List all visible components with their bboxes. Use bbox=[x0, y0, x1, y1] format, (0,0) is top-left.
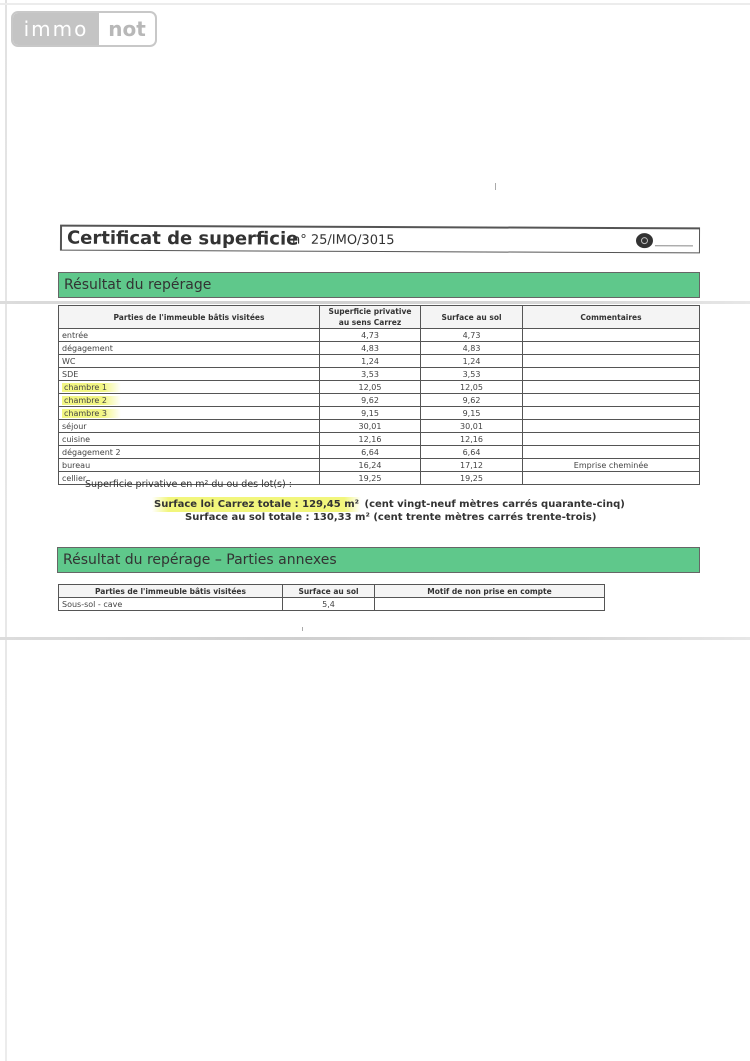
sol-value: 19,25 bbox=[421, 472, 523, 485]
sol-value: 9,15 bbox=[421, 407, 523, 420]
table-row: chambre 112,0512,05 bbox=[59, 381, 700, 394]
highlight-mark: chambre 1 bbox=[62, 383, 121, 392]
annex-motif bbox=[375, 598, 605, 611]
table-row: chambre 39,159,15 bbox=[59, 407, 700, 420]
sol-value: 1,24 bbox=[421, 355, 523, 368]
room-name: chambre 3 bbox=[59, 407, 320, 420]
carrez-value: 16,24 bbox=[320, 459, 421, 472]
table-row: bureau16,2417,12Emprise cheminée bbox=[59, 459, 700, 472]
table-row: séjour30,0130,01 bbox=[59, 420, 700, 433]
section-heading-annexes-text: Résultat du repérage – Parties annexes bbox=[63, 552, 337, 568]
page-edge bbox=[5, 0, 7, 1061]
annex-row: Sous-sol - cave5,4 bbox=[59, 598, 605, 611]
sol-value: 4,73 bbox=[421, 329, 523, 342]
sol-value: 30,01 bbox=[421, 420, 523, 433]
annex-col-parts: Parties de l'immeuble bâtis visitées bbox=[59, 585, 283, 598]
col-header-carrez: Superficie privative au sens Carrez bbox=[320, 306, 421, 329]
carrez-value: 19,25 bbox=[320, 472, 421, 485]
comment bbox=[523, 407, 700, 420]
room-name: cuisine bbox=[59, 433, 320, 446]
sol-total: Surface au sol totale : 130,33 m² (cent … bbox=[185, 512, 596, 523]
sol-value: 12,05 bbox=[421, 381, 523, 394]
carrez-value: 30,01 bbox=[320, 420, 421, 433]
comment bbox=[523, 472, 700, 485]
comment: Emprise cheminée bbox=[523, 459, 700, 472]
certificate-title: Certificat de superficie bbox=[67, 228, 298, 250]
annex-header-row: Parties de l'immeuble bâtis visitées Sur… bbox=[59, 585, 605, 598]
scan-fold-line bbox=[0, 301, 750, 304]
carrez-value: 12,16 bbox=[320, 433, 421, 446]
comment bbox=[523, 329, 700, 342]
immonot-watermark-logo: immo not bbox=[11, 11, 157, 47]
logo-right-text: not bbox=[99, 13, 155, 45]
sol-value: 4,83 bbox=[421, 342, 523, 355]
annex-table: Parties de l'immeuble bâtis visitées Sur… bbox=[58, 584, 605, 611]
col-header-comments: Commentaires bbox=[523, 306, 700, 329]
surface-table: Parties de l'immeuble bâtis visitées Sup… bbox=[58, 305, 700, 485]
carrez-total: Surface loi Carrez totale : 129,45 m² (c… bbox=[152, 499, 625, 510]
section-heading-annexes: Résultat du repérage – Parties annexes bbox=[57, 547, 700, 573]
comment bbox=[523, 381, 700, 394]
room-name: chambre 1 bbox=[59, 381, 320, 394]
scan-fold-line-bottom bbox=[0, 637, 750, 640]
scan-speck bbox=[495, 183, 496, 190]
carrez-value: 3,53 bbox=[320, 368, 421, 381]
sol-total-words: (cent trente mètres carrés trente-trois) bbox=[373, 512, 596, 523]
sol-value: 17,12 bbox=[421, 459, 523, 472]
room-name: WC bbox=[59, 355, 320, 368]
section-heading-text: Résultat du repérage bbox=[64, 277, 211, 293]
room-name: entrée bbox=[59, 329, 320, 342]
sol-value: 9,62 bbox=[421, 394, 523, 407]
room-name: chambre 2 bbox=[59, 394, 320, 407]
room-name: dégagement bbox=[59, 342, 320, 355]
comment bbox=[523, 420, 700, 433]
carrez-value: 4,73 bbox=[320, 329, 421, 342]
comment bbox=[523, 433, 700, 446]
summary-label: Superficie privative en m² du ou des lot… bbox=[85, 479, 292, 490]
carrez-value: 1,24 bbox=[320, 355, 421, 368]
sol-value: 12,16 bbox=[421, 433, 523, 446]
sol-value: 6,64 bbox=[421, 446, 523, 459]
highlight-mark: chambre 2 bbox=[62, 396, 121, 405]
carrez-value: 9,15 bbox=[320, 407, 421, 420]
table-row: dégagement4,834,83 bbox=[59, 342, 700, 355]
room-name: séjour bbox=[59, 420, 320, 433]
stamp-icon bbox=[636, 233, 653, 248]
room-name: dégagement 2 bbox=[59, 446, 320, 459]
comment bbox=[523, 355, 700, 368]
room-name: bureau bbox=[59, 459, 320, 472]
table-row: WC1,241,24 bbox=[59, 355, 700, 368]
carrez-total-value: Surface loi Carrez totale : 129,45 m² bbox=[152, 497, 361, 512]
carrez-value: 6,64 bbox=[320, 446, 421, 459]
annex-part: Sous-sol - cave bbox=[59, 598, 283, 611]
certificate-title-box: Certificat de superficie n° 25/IMO/3015 bbox=[60, 225, 700, 254]
table-row: entrée4,734,73 bbox=[59, 329, 700, 342]
carrez-value: 9,62 bbox=[320, 394, 421, 407]
certificate-number: n° 25/IMO/3015 bbox=[292, 233, 395, 248]
comment bbox=[523, 368, 700, 381]
logo-left-text: immo bbox=[13, 13, 99, 45]
comment bbox=[523, 342, 700, 355]
annex-col-motif: Motif de non prise en compte bbox=[375, 585, 605, 598]
comment bbox=[523, 394, 700, 407]
carrez-value: 12,05 bbox=[320, 381, 421, 394]
room-name: SDE bbox=[59, 368, 320, 381]
annex-sol-value: 5,4 bbox=[283, 598, 375, 611]
table-row: SDE3,533,53 bbox=[59, 368, 700, 381]
sol-total-value: Surface au sol totale : 130,33 m² bbox=[185, 512, 370, 523]
carrez-value: 4,83 bbox=[320, 342, 421, 355]
annex-col-sol: Surface au sol bbox=[283, 585, 375, 598]
sol-value: 3,53 bbox=[421, 368, 523, 381]
page-edge-top bbox=[0, 3, 750, 5]
table-row: dégagement 26,646,64 bbox=[59, 446, 700, 459]
highlight-mark: chambre 3 bbox=[62, 409, 121, 418]
table-row: cuisine12,1612,16 bbox=[59, 433, 700, 446]
col-header-parts: Parties de l'immeuble bâtis visitées bbox=[59, 306, 320, 329]
comment bbox=[523, 446, 700, 459]
scan-speck bbox=[302, 627, 303, 631]
carrez-total-words: (cent vingt-neuf mètres carrés quarante-… bbox=[365, 499, 625, 510]
table-header-row: Parties de l'immeuble bâtis visitées Sup… bbox=[59, 306, 700, 329]
signature-line bbox=[655, 245, 693, 246]
col-header-sol: Surface au sol bbox=[421, 306, 523, 329]
table-row: chambre 29,629,62 bbox=[59, 394, 700, 407]
section-heading-reperage: Résultat du repérage bbox=[58, 272, 700, 298]
